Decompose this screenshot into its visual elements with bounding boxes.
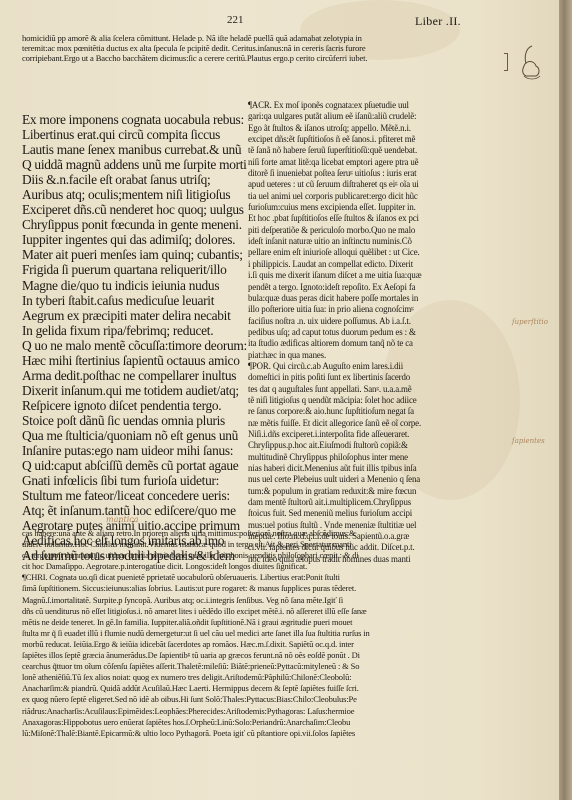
commentary-line: i philippicis. Laudat an compellat edict…: [248, 259, 516, 270]
verse-line: Qua me ſtulticia/quoniam nõ eſt genus un…: [22, 428, 262, 443]
verse-line: Reſpicere ignoto diſcet pendentia tergo.: [22, 398, 262, 413]
verse-line: Atq; ẽt inſanum.tantũ hoc ediſcere/quo m…: [22, 503, 262, 518]
marginal-note: mantica: [106, 515, 139, 524]
verse-line: Auribus atq; oculis;mentem niſi litigioſ…: [22, 187, 262, 202]
commentary-line: tum:& populum in gratiam reduxit:& mire …: [248, 486, 516, 497]
commentary-line: riãdrus:Anacharſis:Acuſilaus:Epimẽides:L…: [22, 706, 522, 717]
marginal-note: ſapientes: [512, 437, 545, 445]
commentary-line: ſtoicus fuit. Sed meneniũ melius furioſu…: [248, 508, 516, 519]
commentary-line: tẽ niſi litigioſus q uendũt mãcipia: ſol…: [248, 395, 516, 406]
verse-line: Diis &.n.facile eſt orabat ſanus utriſq;: [22, 172, 262, 187]
verse-line: Stoice poſt dãnũ ſic uendas omnia pluris: [22, 413, 262, 428]
verse-line: Q uid:caput abſciſſũ demẽs cũ portat aga…: [22, 458, 262, 473]
commentary-line: ¶CHRI. Cognata uo.qſi dicat puenietẽ ppr…: [22, 572, 522, 583]
margin-bracket: [504, 53, 508, 71]
verse-line: Exciperet dñs.cũ nenderet hoc quoq; uulg…: [22, 202, 262, 217]
commentary-line: dñs cũ uenditurus nõ eſſet litigioſus.i.…: [22, 606, 522, 617]
commentary-line: tes dat q auguſtales ſunt appellati. San…: [248, 384, 516, 395]
running-title: Liber .II.: [415, 14, 461, 29]
commentary-line: ex quog nũero ſeptẽ eligeret.Sed nõ idẽ …: [22, 694, 522, 705]
commentary-line: Niſi.i.dñs exciperet.i.interpoſita fide …: [248, 429, 516, 440]
verse-line: Chryſippus ponit fœcunda in gente meneni…: [22, 217, 262, 232]
commentary-line: piti deſperatiõe & periculoſo morbo.Quo …: [248, 225, 516, 236]
verse-line: In tyberi ſtabit.caſus medicuſue leuarit: [22, 293, 262, 308]
commentary-line: Anacharſim:& piandrũ. Quidã addũt Acuſil…: [22, 683, 522, 694]
commentary-line: nus uel certe Plebeius uult uideri a Men…: [248, 474, 516, 485]
verse-line: Magne die/quo tu indicis ieiunia nudus: [22, 278, 262, 293]
commentary-line: pedibus uſq; ad caput totus duorum pedum…: [248, 327, 516, 338]
commentary-line: cas habere:unã ante & aliam retro.In pri…: [22, 528, 522, 539]
commentary-line: mẽtis ne deide teneret. In gẽ.In familia…: [22, 617, 522, 628]
commentary-line: tẽ ſanã nõ habere ſeruũ ſuperſtitioſũ:qu…: [248, 145, 516, 156]
commentary-line: ſapiẽtes illos ſeptẽ græcia ãnumerãdus.D…: [22, 650, 522, 661]
commentary-line: illo poſteriore uitia ſua: in prio alien…: [248, 304, 516, 315]
book-spine-gutter: [559, 0, 572, 800]
commentary-line: Anaxagoras:Hippobotus uero enũerat ſapiẽ…: [22, 717, 522, 728]
commentary-line: ca tergo:poſt damnum ſic uideas omnia pl…: [22, 550, 522, 561]
verse-line: Inſanire putas:ego nam uideor mihi ſanus…: [22, 443, 262, 458]
verse-line: Ex more imponens cognata uocabula rebus:: [22, 112, 262, 127]
commentary-line: pendẽt a tergo. Ignoto:ideſt repoſito. E…: [248, 282, 516, 293]
commentary-line: ſimã ſupſtitionem. Siccus:ieiunus:alias …: [22, 583, 522, 594]
commentary-line: re ſanus corpore:& aio.hunc ſupſtitioſum…: [248, 406, 516, 417]
bottom-commentary: cas habere:unã ante & aliam retro.In pri…: [22, 528, 522, 739]
commentary-line: morbũ reducat. Ieiũia.Ergo & ieiũia idic…: [22, 639, 522, 650]
commentary-line: furioſum:cuius mens excipienda eſſet. Iu…: [248, 202, 516, 213]
folio-number: 221: [227, 14, 244, 26]
commentary-line: nias haberi dicit.Menenius aũt fuit illi…: [248, 463, 516, 474]
verse-line: Stultum me fateor/liceat concedere ueris…: [22, 488, 262, 503]
commentary-line: ideſt inſanit naturæ uitio an inſtinctu …: [248, 236, 516, 247]
commentary-line: ditorẽ ſi inueniebat poſtea ſeruᵍ uitioſ…: [248, 168, 516, 179]
verse-line: Frigida ſi puerum quartana reliquerit/il…: [22, 262, 262, 277]
verse-line: Lautis mane ſenex manibus currebat.& unũ: [22, 142, 262, 157]
commentary-line: cearchus q̃ttuor tm oĩum cõſenſu ſapiẽte…: [22, 661, 522, 672]
commentary-line: Chryſippus.p.hoc ait.Eiuſmodi ſtultorũ c…: [248, 440, 516, 451]
top-commentary: homicidiũ pp amorẽ & alia ſcelera cõmitt…: [22, 33, 512, 63]
commentary-line: teremit:ac mox pœnitẽtia ductus ex alta …: [22, 43, 512, 53]
commentary-line: pellare enim eſt iniurioſe alloqui quẽli…: [248, 247, 516, 258]
commentary-line: piat:hæc in qua manes.: [248, 350, 516, 361]
verse-line: Aegrum ex præcipiti mater delira necabit: [22, 308, 262, 323]
verse-line: Q uiddã magnũ addens unũ me ſurpite mort…: [22, 157, 262, 172]
commentary-line: uidere nolumus.Hoc Catullus meminit.Vide…: [22, 539, 522, 550]
commentary-line: Magnũ.ſ.imortalitatẽ. Surpite.p ſyncopã.…: [22, 595, 522, 606]
commentary-line: niſi forte amat litẽ:qa licebat emptori …: [248, 157, 516, 168]
book-page: 221 Liber .II. homicidiũ pp amorẽ & alia…: [0, 0, 559, 800]
verse-line: Libertinus erat.qui circũ compita ſiccus: [22, 127, 262, 142]
verse-line: Mater ait pueri menſes iam quinq; cubant…: [22, 247, 262, 262]
commentary-line: dam mentẽ ſtultorũ ait.i.multiplicem.Chr…: [248, 497, 516, 508]
commentary-line: næ mẽtis fuiſſe. Et dicit allegorice ſan…: [248, 418, 516, 429]
commentary-line: ſtulta mr q̃ ſi euadet illũ i flumie nud…: [22, 628, 522, 639]
commentary-line: Et hoc .pbat ſupſtitioſos eſſe ſtultos &…: [248, 213, 516, 224]
marginal-note: ſuperſtitio: [512, 318, 548, 326]
commentary-line: tia uel animi uel corporis publicaret:er…: [248, 191, 516, 202]
verse-line: Iuppiter ingentes qui das adimiſq; dolor…: [22, 232, 262, 247]
commentary-line: faciſius noſtra .n. uix uidere poſſumus.…: [248, 316, 516, 327]
verse-column: Ex more imponens cognata uocabula rebus:…: [22, 112, 262, 563]
commentary-line: lonẽ atheniẽſiũ.Tũ ſex alios noiat: quog…: [22, 672, 522, 683]
verse-line: Dixerit inſanum.qui me totidem audiet/at…: [22, 383, 262, 398]
commentary-line: domeſtici in pitis poſiti ſunt ex libert…: [248, 372, 516, 383]
commentary-line: gari:qa uulgares putãt alium eẽ iſanũ:al…: [248, 111, 516, 122]
verse-line: Gnati infœlicis ſibi tum furioſa uidetur…: [22, 473, 262, 488]
verse-line: In gelida fixum ripa/febrimq; reducet.: [22, 323, 262, 338]
commentary-line: excipet dñs:ẽt ſupſtitioſos ñ eẽ ſanos.i…: [248, 134, 516, 145]
commentary-line: lũ:Miſonẽ:Thalẽ:Biantẽ.Epicarmũ:& ultio …: [22, 728, 522, 739]
running-head: 221 Liber .II.: [0, 14, 540, 30]
pointing-hand-icon: [518, 42, 548, 92]
commentary-line: multitudinẽ Chryſippus philoſophus inter…: [248, 452, 516, 463]
commentary-line: apud ueteres : ut cũ ſeruum diſtraheret …: [248, 179, 516, 190]
commentary-line: homicidiũ pp amorẽ & alia ſcelera cõmitt…: [22, 33, 512, 43]
commentary-line: i.ſi quis me dixerit iſanum diſcet a me …: [248, 270, 516, 281]
verse-line: Q uo ne malo mentẽ cõcuſſa:timore deorum…: [22, 338, 262, 353]
commentary-line: cit hoc Damaſippo. Aegrotare.p.interogat…: [22, 561, 522, 572]
verse-line: Hæc mihi ſtertinius ſapientũ octauus ami…: [22, 353, 262, 368]
commentary-line: ita ſtudio ædificas altiorem domum tanq̃…: [248, 338, 516, 349]
commentary-line: ¶ACR. Ex moſ iponẽs cognata:ex pſuetudie…: [248, 100, 516, 111]
commentary-line: bula:quæ duas peras dicit habere poſſe m…: [248, 293, 516, 304]
verse-line: Arma dedit.poſthac ne compellarer inultu…: [22, 368, 262, 383]
commentary-line: corripiebant.Ergo ut a Baccho bacchãtem …: [22, 53, 512, 63]
commentary-line: ¶POR. Qui circũ.c.ab Auguſto enim lares.…: [248, 361, 516, 372]
right-commentary-column: ¶ACR. Ex moſ iponẽs cognata:ex pſuetudie…: [248, 100, 516, 565]
commentary-line: Ego ãt ſtultos & iſanos utroſq; appello.…: [248, 123, 516, 134]
